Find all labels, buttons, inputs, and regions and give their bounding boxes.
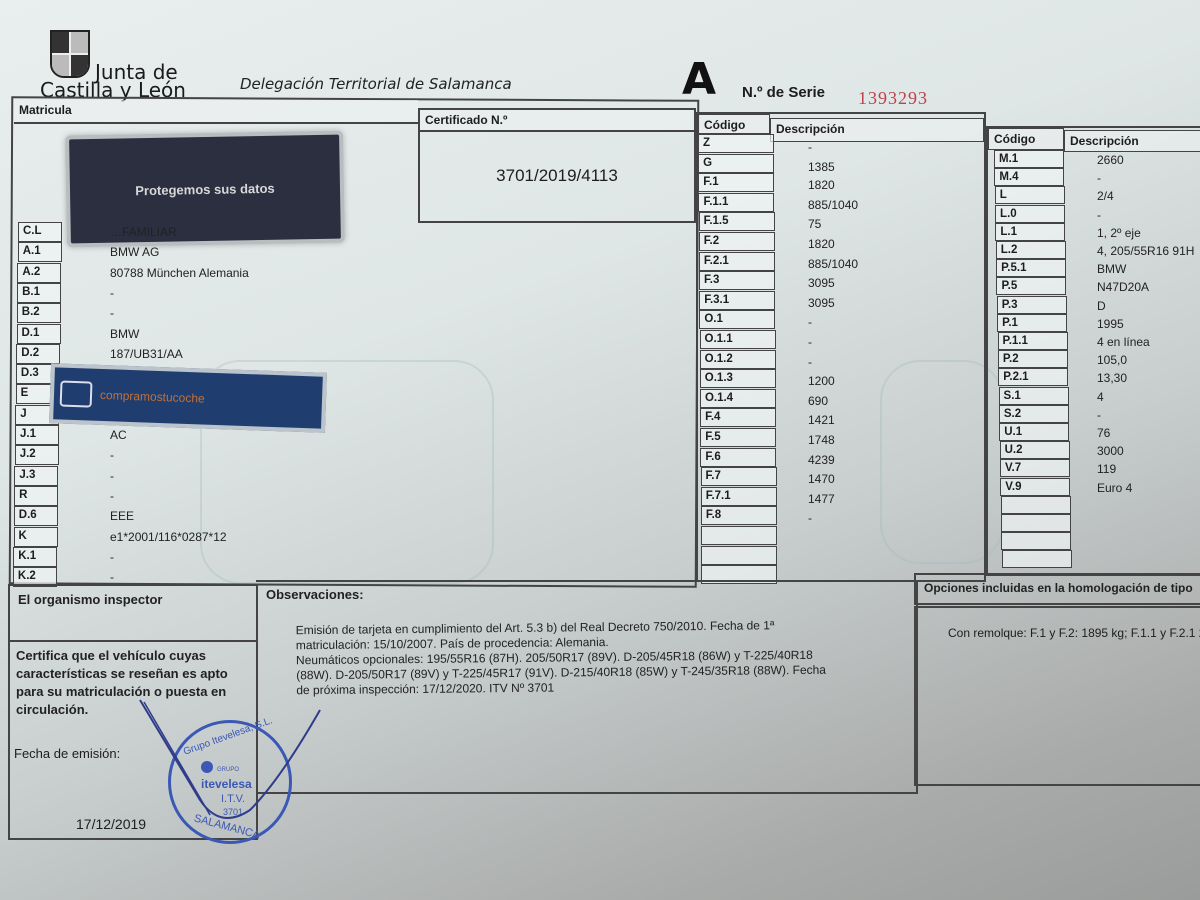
middle-code-cell: F.1 [698,173,774,192]
right-code-cell: S.2 [999,405,1069,423]
middle-value: 1385 [808,160,835,174]
middle-code-cell: F.5 [700,428,776,447]
certificado-box: Certificado N.º 3701/2019/4113 [418,108,696,223]
certificado-label: Certificado N.º [425,113,507,127]
field-value: EEE [110,509,134,523]
field-value: - [110,570,114,584]
issue-date-label: Fecha de emisión: [14,746,120,761]
middle-code-cell: F.3.1 [699,291,775,310]
delegation-title: Delegación Territorial de Salamanca [240,75,512,93]
right-code-cell [1001,496,1071,514]
serie-label: N.º de Serie [742,84,825,101]
middle-value: 1820 [808,237,835,251]
right-code-cell: P.1.1 [998,332,1068,350]
middle-value: 690 [808,394,828,408]
field-value: AC [110,428,127,442]
middle-value: 3095 [808,276,835,290]
field-code-J.3: J.3 [14,466,58,486]
opciones-header-box: Opciones incluidas en la homologación de… [914,573,1200,605]
middle-value: 1200 [808,374,835,388]
right-value: Euro 4 [1097,481,1132,495]
right-value: 2/4 [1097,189,1114,203]
observaciones-title: Observaciones: [266,587,906,602]
inspector-box: El organismo inspector [8,584,258,642]
right-value: 105,0 [1097,353,1127,367]
field-value: - [110,306,114,320]
middle-code-cell: F.4 [700,408,776,427]
field-value: - [110,489,114,503]
middle-desc-header: Descripción [770,118,984,142]
middle-code-cell [701,526,777,545]
right-value: N47D20A [1097,280,1149,294]
middle-code-cell: F.3 [699,271,775,290]
field-value: …FAMILIAR [110,225,177,239]
middle-code-cell: Z [698,134,774,153]
right-code-cell: L.0 [995,205,1065,223]
junta-logo [50,30,90,78]
right-value: 76 [1097,426,1110,440]
observaciones-text: Emisión de tarjeta en cumplimiento del A… [296,617,917,698]
right-value: - [1097,408,1101,422]
right-desc-header-text: Descripción [1070,134,1139,148]
form-letter: A [682,58,716,102]
field-code-D.2: D.2 [16,344,60,364]
field-code-A.1: A.1 [18,242,62,262]
privacy-sticker-text: Protegemos sus datos [135,180,275,197]
field-value: - [110,469,114,483]
middle-value: - [808,355,812,369]
right-code-header-text: Código [994,132,1035,146]
right-code-cell: P.2 [998,350,1068,368]
right-code-header: Código [988,128,1064,150]
opciones-title: Opciones incluidas en la homologación de… [924,581,1196,595]
middle-value: - [808,140,812,154]
right-code-cell: P.2.1 [998,368,1068,386]
middle-code-cell: F.2.1 [699,252,775,271]
right-value: 1, 2º eje [1097,226,1141,240]
opciones-text: Con remolque: F.1 y F.2: 1895 kg; F.1.1 … [948,626,1200,640]
middle-value: 885/1040 [808,198,858,212]
opciones-body-box: Con remolque: F.1 y F.2: 1895 kg; F.1.1 … [914,606,1200,786]
field-code-C.L: C.L [18,222,62,242]
middle-code-cell [701,546,777,565]
car-cart-icon [60,381,93,408]
middle-code-cell: O.1.3 [700,369,776,388]
middle-code-cell: O.1.2 [700,350,776,369]
field-code-D.1: D.1 [17,324,61,344]
certificado-value: 3701/2019/4113 [420,166,694,186]
middle-value: 4239 [808,453,835,467]
middle-code-header-text: Código [704,118,745,132]
right-value: 4 [1097,390,1104,404]
castilla-leon-crest-icon [50,30,90,78]
privacy-sticker: Protegemos sus datos [65,131,345,248]
right-desc-header: Descripción [1064,130,1200,152]
middle-code-cell: F.1.1 [698,193,774,212]
right-value: - [1097,208,1101,222]
matricula-label: Matricula [19,103,72,117]
field-code-B.2: B.2 [17,303,61,323]
middle-value: - [808,315,812,329]
compramostucoche-text: compramostucoche [100,388,205,406]
right-code-cell: M.4 [994,168,1064,186]
right-code-cell: P.5.1 [996,259,1066,277]
middle-code-cell: G [698,154,774,173]
middle-code-header: Código [698,114,770,134]
signature [130,690,330,860]
right-code-cell: L [995,186,1065,204]
right-value: 2660 [1097,153,1124,167]
field-code-B.1: B.1 [17,283,61,303]
field-value: 187/UB31/AA [110,347,183,361]
right-code-cell: P.5 [996,277,1066,295]
field-value: BMW [110,327,139,341]
field-code-R: R [14,486,58,506]
serie-number: 1393293 [858,88,928,109]
right-value: 4, 205/55R16 91H [1097,244,1194,258]
right-value: BMW [1097,262,1126,276]
compramostucoche-sticker: compramostucoche [49,363,327,433]
middle-value: 1421 [808,413,835,427]
middle-code-cell: O.1.1 [700,330,776,349]
right-value: D [1097,299,1106,313]
right-code-cell: V.9 [1000,478,1070,496]
field-value: 80788 München Alemania [110,266,249,280]
field-code-J.1: J.1 [15,425,59,445]
field-code-D.6: D.6 [14,506,58,526]
certificado-header: Certificado N.º [420,110,694,132]
right-code-cell [1001,532,1071,550]
middle-value: - [808,511,812,525]
right-code-cell: U.2 [1000,441,1070,459]
middle-value: 885/1040 [808,257,858,271]
middle-value: 1477 [808,492,835,506]
field-value: - [110,550,114,564]
field-value: BMW AG [110,245,159,259]
right-value: 4 en línea [1097,335,1150,349]
middle-code-cell: F.7 [701,467,777,486]
middle-desc-header-text: Descripción [776,122,845,136]
middle-code-cell: F.8 [701,506,777,525]
middle-value: 75 [808,217,821,231]
right-value: 1995 [1097,317,1124,331]
field-code-K.1: K.1 [13,547,57,567]
right-value: 119 [1097,462,1116,476]
middle-value: 1470 [808,472,835,486]
middle-value: 1820 [808,178,835,192]
right-value: - [1097,171,1101,185]
right-code-cell: V.7 [1000,459,1070,477]
middle-value: 3095 [808,296,835,310]
right-code-cell: P.1 [997,314,1067,332]
field-value: - [110,286,114,300]
field-value: e1*2001/116*0287*12 [110,530,227,544]
middle-value: 1748 [808,433,835,447]
field-code-A.2: A.2 [17,263,61,283]
right-code-cell [1002,550,1072,568]
middle-code-cell: O.1 [699,310,775,329]
right-code-cell: L.2 [996,241,1066,259]
middle-code-cell: F.7.1 [701,487,777,506]
observaciones-box: Observaciones: Emisión de tarjeta en cum… [256,580,918,794]
middle-code-cell: F.1.5 [699,212,775,231]
field-value: - [110,448,114,462]
matricula-header: Matricula [14,100,418,124]
middle-code-cell: F.2 [699,232,775,251]
middle-code-cell: F.6 [700,448,776,467]
right-code-cell: M.1 [994,150,1064,168]
middle-code-cell: O.1.4 [700,389,776,408]
right-value: 13,30 [1097,371,1127,385]
field-code-J.2: J.2 [15,445,59,465]
right-code-cell: U.1 [999,423,1069,441]
right-code-cell: L.1 [995,223,1065,241]
right-code-cell: P.3 [997,296,1067,314]
right-value: 3000 [1097,444,1124,458]
middle-value: - [808,335,812,349]
right-code-cell [1001,514,1071,532]
right-code-cell: S.1 [999,387,1069,405]
field-code-K: K [14,527,58,547]
inspector-title: El organismo inspector [18,592,248,607]
